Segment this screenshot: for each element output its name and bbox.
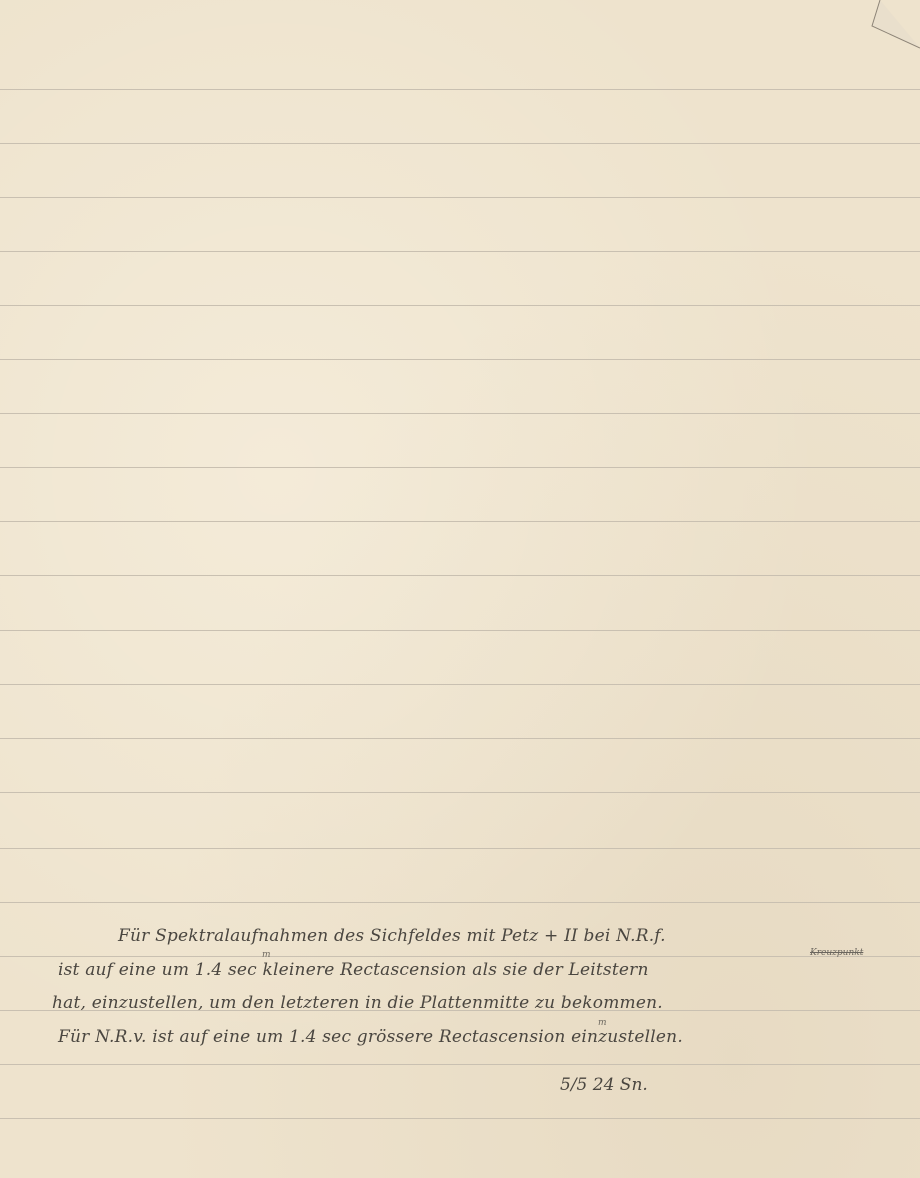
ruled-line — [0, 1118, 920, 1119]
interlinear-correction: Kreuzpunkt — [810, 948, 863, 958]
ruled-line — [0, 197, 920, 198]
ruled-line — [0, 792, 920, 793]
ruled-line — [0, 848, 920, 849]
ruled-line — [0, 630, 920, 631]
ruled-line — [0, 575, 920, 576]
ruled-line — [0, 251, 920, 252]
ruled-line — [0, 359, 920, 360]
ruled-line — [0, 305, 920, 306]
ruled-line — [0, 143, 920, 144]
ruled-line — [0, 521, 920, 522]
ruled-line — [0, 956, 920, 957]
corner-fold-mark — [870, 0, 920, 50]
ruled-line — [0, 467, 920, 468]
ruled-line — [0, 684, 920, 685]
ruled-line — [0, 89, 920, 90]
text-line-3: hat, einzustellen, um den letzteren in d… — [52, 993, 663, 1013]
ruled-line — [0, 738, 920, 739]
text-line-2: ist auf eine um 1.4 sec kleinere Rectasc… — [58, 960, 649, 980]
superscript-1: m — [262, 950, 271, 960]
ruled-line — [0, 902, 920, 903]
handwritten-page: Für Spektralaufnahmen des Sichfeldes mit… — [0, 0, 920, 1178]
text-line-4: Für N.R.v. ist auf eine um 1.4 sec gröss… — [58, 1027, 683, 1047]
text-line-1: Für Spektralaufnahmen des Sichfeldes mit… — [118, 926, 666, 946]
ruled-line — [0, 413, 920, 414]
date-signature: 5/5 24 Sn. — [560, 1075, 648, 1095]
superscript-2: m — [598, 1018, 607, 1028]
ruled-line — [0, 1064, 920, 1065]
